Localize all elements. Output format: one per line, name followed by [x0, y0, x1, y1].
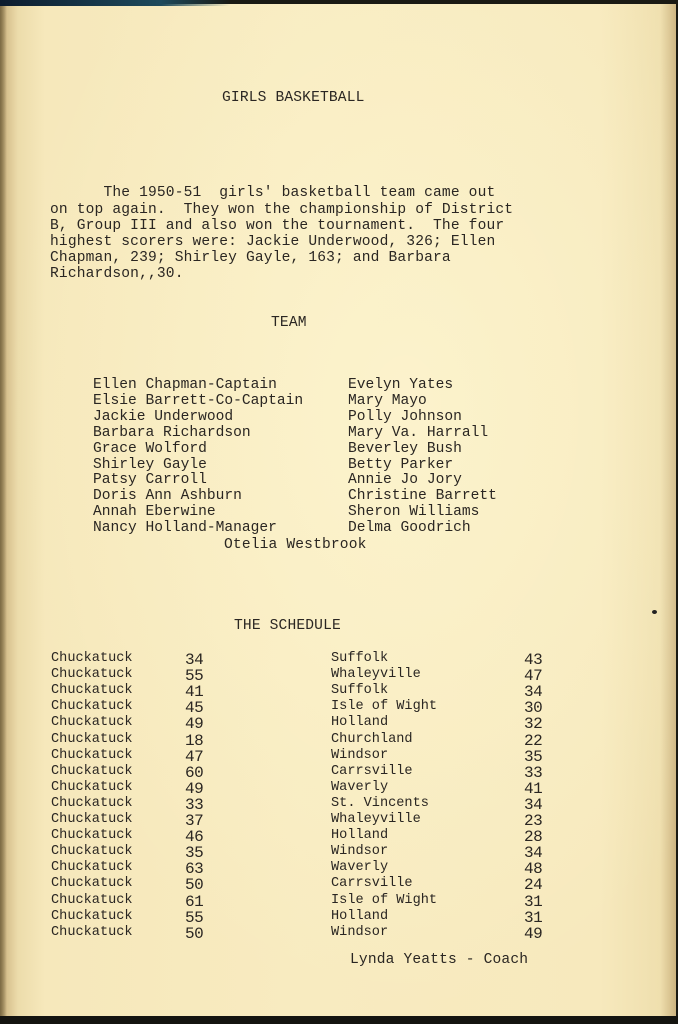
home-team: Chuckatuck	[51, 909, 133, 924]
home-team: Chuckatuck	[51, 876, 133, 891]
page-top-edge	[0, 0, 230, 6]
paragraph-line: highest scorers were: Jackie Underwood, …	[50, 234, 513, 250]
opponent-team: Windsor	[331, 925, 388, 940]
paragraph-line: B, Group III and also won the tournament…	[50, 218, 513, 234]
paragraph-line: Richardson,,30.	[50, 266, 513, 282]
roster-left-column: Ellen Chapman-CaptainElsie Barrett-Co-Ca…	[93, 378, 303, 537]
home-score: 50	[185, 925, 203, 943]
opponent-team: Holland	[331, 828, 388, 843]
home-team: Chuckatuck	[51, 715, 133, 730]
schedule-row: Chuckatuck41Suffolk34	[0, 683, 678, 699]
home-team: Chuckatuck	[51, 893, 133, 908]
roster-name: Barbara Richardson	[93, 426, 303, 442]
schedule-row: Chuckatuck18Churchland22	[0, 732, 678, 748]
roster-name: Shirley Gayle	[93, 458, 303, 474]
home-team: Chuckatuck	[51, 748, 133, 763]
home-team: Chuckatuck	[51, 844, 133, 859]
opponent-team: Suffolk	[331, 683, 388, 698]
roster-name: Nancy Holland-Manager	[93, 521, 303, 537]
schedule-row: Chuckatuck50Carrsville24	[0, 876, 678, 892]
home-team: Chuckatuck	[51, 667, 133, 682]
home-team: Chuckatuck	[51, 732, 133, 747]
opponent-team: Whaleyville	[331, 667, 421, 682]
roster-name: Mary Mayo	[348, 394, 497, 410]
opponent-team: St. Vincents	[331, 796, 429, 811]
home-team: Chuckatuck	[51, 699, 133, 714]
home-team: Chuckatuck	[51, 764, 133, 779]
opponent-team: Windsor	[331, 844, 388, 859]
paragraph-line: Chapman, 239; Shirley Gayle, 163; and Ba…	[50, 250, 513, 266]
roster-name: Grace Wolford	[93, 442, 303, 458]
roster-name: Annah Eberwine	[93, 505, 303, 521]
opponent-team: Suffolk	[331, 651, 388, 666]
home-team: Chuckatuck	[51, 780, 133, 795]
roster-name: Jackie Underwood	[93, 410, 303, 426]
schedule-row: Chuckatuck55Whaleyville47	[0, 667, 678, 683]
home-team: Chuckatuck	[51, 860, 133, 875]
paragraph-line: The 1950-51 girls' basketball team came …	[50, 185, 513, 201]
schedule-row: Chuckatuck34Suffolk43	[0, 651, 678, 667]
opponent-team: Carrsville	[331, 876, 413, 891]
ink-speck	[652, 610, 657, 614]
yearbook-page: GIRLS BASKETBALL The 1950-51 girls' bask…	[0, 4, 676, 1016]
roster-name: Patsy Carroll	[93, 473, 303, 489]
home-team: Chuckatuck	[51, 683, 133, 698]
home-team: Chuckatuck	[51, 925, 133, 940]
opponent-team: Waverly	[331, 780, 388, 795]
schedule-row: Chuckatuck47Windsor35	[0, 748, 678, 764]
paragraph-line: on top again. They won the championship …	[50, 202, 513, 218]
page-bottom-edge	[0, 1016, 678, 1024]
opponent-team: Holland	[331, 715, 388, 730]
schedule-row: Chuckatuck37Whaleyville23	[0, 812, 678, 828]
opponent-team: Whaleyville	[331, 812, 421, 827]
schedule-row: Chuckatuck35Windsor34	[0, 844, 678, 860]
roster-name: Evelyn Yates	[348, 378, 497, 394]
schedule-row: Chuckatuck49Waverly41	[0, 780, 678, 796]
roster-extra-member: Otelia Westbrook	[224, 537, 367, 553]
roster-name: Ellen Chapman-Captain	[93, 378, 303, 394]
schedule-row: Chuckatuck49Holland32	[0, 715, 678, 731]
roster-name: Polly Johnson	[348, 410, 497, 426]
schedule-row: Chuckatuck63Waverly48	[0, 860, 678, 876]
opponent-team: Isle of Wight	[331, 893, 437, 908]
roster-name: Annie Jo Jory	[348, 473, 497, 489]
roster-name: Sheron Williams	[348, 505, 497, 521]
opponent-team: Churchland	[331, 732, 413, 747]
schedule-row: Chuckatuck50Windsor49	[0, 925, 678, 941]
opponent-team: Carrsville	[331, 764, 413, 779]
schedule-row: Chuckatuck45Isle of Wight30	[0, 699, 678, 715]
opponent-team: Waverly	[331, 860, 388, 875]
opponent-team: Windsor	[331, 748, 388, 763]
team-heading: TEAM	[271, 315, 307, 331]
opponent-team: Isle of Wight	[331, 699, 437, 714]
coach-credit: Lynda Yeatts - Coach	[350, 952, 528, 968]
roster-name: Betty Parker	[348, 458, 497, 474]
schedule-heading: THE SCHEDULE	[234, 618, 341, 634]
roster-name: Mary Va. Harrall	[348, 426, 497, 442]
schedule-row: Chuckatuck61Isle of Wight31	[0, 893, 678, 909]
opponent-team: Holland	[331, 909, 388, 924]
home-team: Chuckatuck	[51, 796, 133, 811]
roster-name: Christine Barrett	[348, 489, 497, 505]
roster-name: Doris Ann Ashburn	[93, 489, 303, 505]
home-team: Chuckatuck	[51, 828, 133, 843]
schedule-row: Chuckatuck46Holland28	[0, 828, 678, 844]
home-team: Chuckatuck	[51, 651, 133, 666]
schedule-row: Chuckatuck55Holland31	[0, 909, 678, 925]
opponent-score: 49	[524, 925, 542, 943]
schedule-row: Chuckatuck33St. Vincents34	[0, 796, 678, 812]
roster-right-column: Evelyn YatesMary MayoPolly JohnsonMary V…	[348, 378, 497, 537]
home-team: Chuckatuck	[51, 812, 133, 827]
roster-name: Delma Goodrich	[348, 521, 497, 537]
roster-name: Beverley Bush	[348, 442, 497, 458]
schedule-row: Chuckatuck60Carrsville33	[0, 764, 678, 780]
intro-paragraph: The 1950-51 girls' basketball team came …	[50, 153, 513, 315]
page-title: GIRLS BASKETBALL	[222, 90, 365, 106]
roster-name: Elsie Barrett-Co-Captain	[93, 394, 303, 410]
